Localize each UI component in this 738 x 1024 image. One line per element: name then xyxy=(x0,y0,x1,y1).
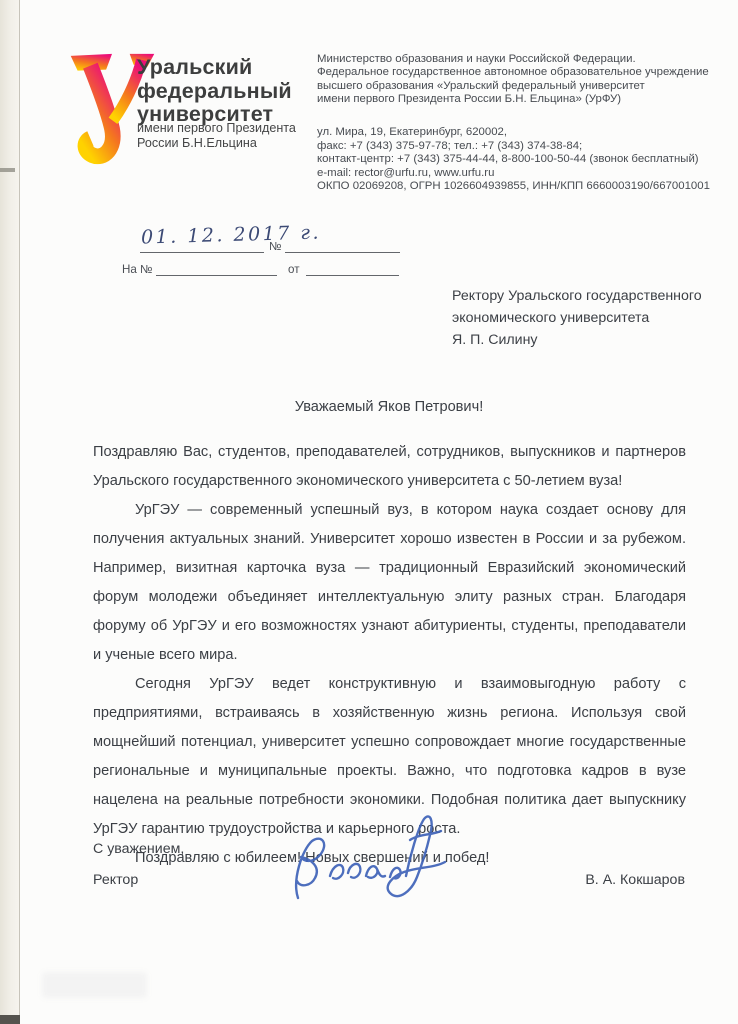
scanner-edge-mark xyxy=(0,168,15,172)
reply-number-underline xyxy=(156,275,277,276)
scanner-corner-mark xyxy=(0,1015,20,1024)
salutation: Уважаемый Яков Петрович! xyxy=(93,399,685,415)
contacts-block: ул. Мира, 19, Екатеринбург, 620002, факс… xyxy=(317,126,710,194)
number-underline xyxy=(285,252,400,253)
from-underline xyxy=(306,275,399,276)
scanner-edge-strip xyxy=(0,0,20,1024)
handwritten-signature-icon xyxy=(282,810,472,914)
recipient-line: Я. П. Силину xyxy=(452,330,702,352)
scanner-watermark-smudge xyxy=(42,972,147,998)
ministry-line: Министерство образования и науки Российс… xyxy=(317,53,709,66)
body-paragraph: Поздравляю Вас, студентов, преподавателе… xyxy=(93,438,686,496)
scanned-letter-page: Уральский федеральный университет имени … xyxy=(0,0,738,1024)
recipient-line: экономического университета xyxy=(452,308,702,330)
ministry-line: имени первого Президента России Б.Н. Ель… xyxy=(317,93,709,106)
registry-codes-line: ОКПО 02069208, ОГРН 1026604939855, ИНН/К… xyxy=(317,180,710,194)
date-underline xyxy=(140,252,264,253)
ministry-line: высшего образования «Уральский федеральн… xyxy=(317,80,709,93)
address-line: ул. Мира, 19, Екатеринбург, 620002, xyxy=(317,126,710,140)
number-label: № xyxy=(269,240,281,253)
ministry-line: Федеральное государственное автономное о… xyxy=(317,66,709,79)
ministry-block: Министерство образования и науки Российс… xyxy=(317,53,709,107)
university-name: Уральский федеральный университет xyxy=(137,56,292,127)
phone-line: факс: +7 (343) 375-97-78; тел.: +7 (343)… xyxy=(317,140,710,154)
email-line: e-mail: rector@urfu.ru, www.urfu.ru xyxy=(317,167,710,181)
recipient-line: Ректору Уральского государственного xyxy=(452,286,702,308)
contact-center-line: контакт-центр: +7 (343) 375-44-44, 8-800… xyxy=(317,153,710,167)
body-paragraph: УрГЭУ — современный успешный вуз, в кото… xyxy=(93,496,686,670)
signatory-name: В. А. Кокшаров xyxy=(93,872,685,888)
handwritten-date: 01. 12. 2017 г. xyxy=(141,221,322,248)
university-name-line: Уральский xyxy=(137,56,292,80)
university-subtitle: имени первого Президента России Б.Н.Ельц… xyxy=(137,121,296,151)
letter-body: Поздравляю Вас, студентов, преподавателе… xyxy=(93,438,686,873)
university-subtitle-line: России Б.Н.Ельцина xyxy=(137,136,296,151)
from-label: от xyxy=(288,263,300,276)
closing-regards: С уважением, xyxy=(93,841,184,857)
reply-number-label: На № xyxy=(122,263,152,276)
recipient-block: Ректору Уральского государственного экон… xyxy=(452,286,702,351)
university-subtitle-line: имени первого Президента xyxy=(137,121,296,136)
university-name-line: федеральный xyxy=(137,80,292,104)
